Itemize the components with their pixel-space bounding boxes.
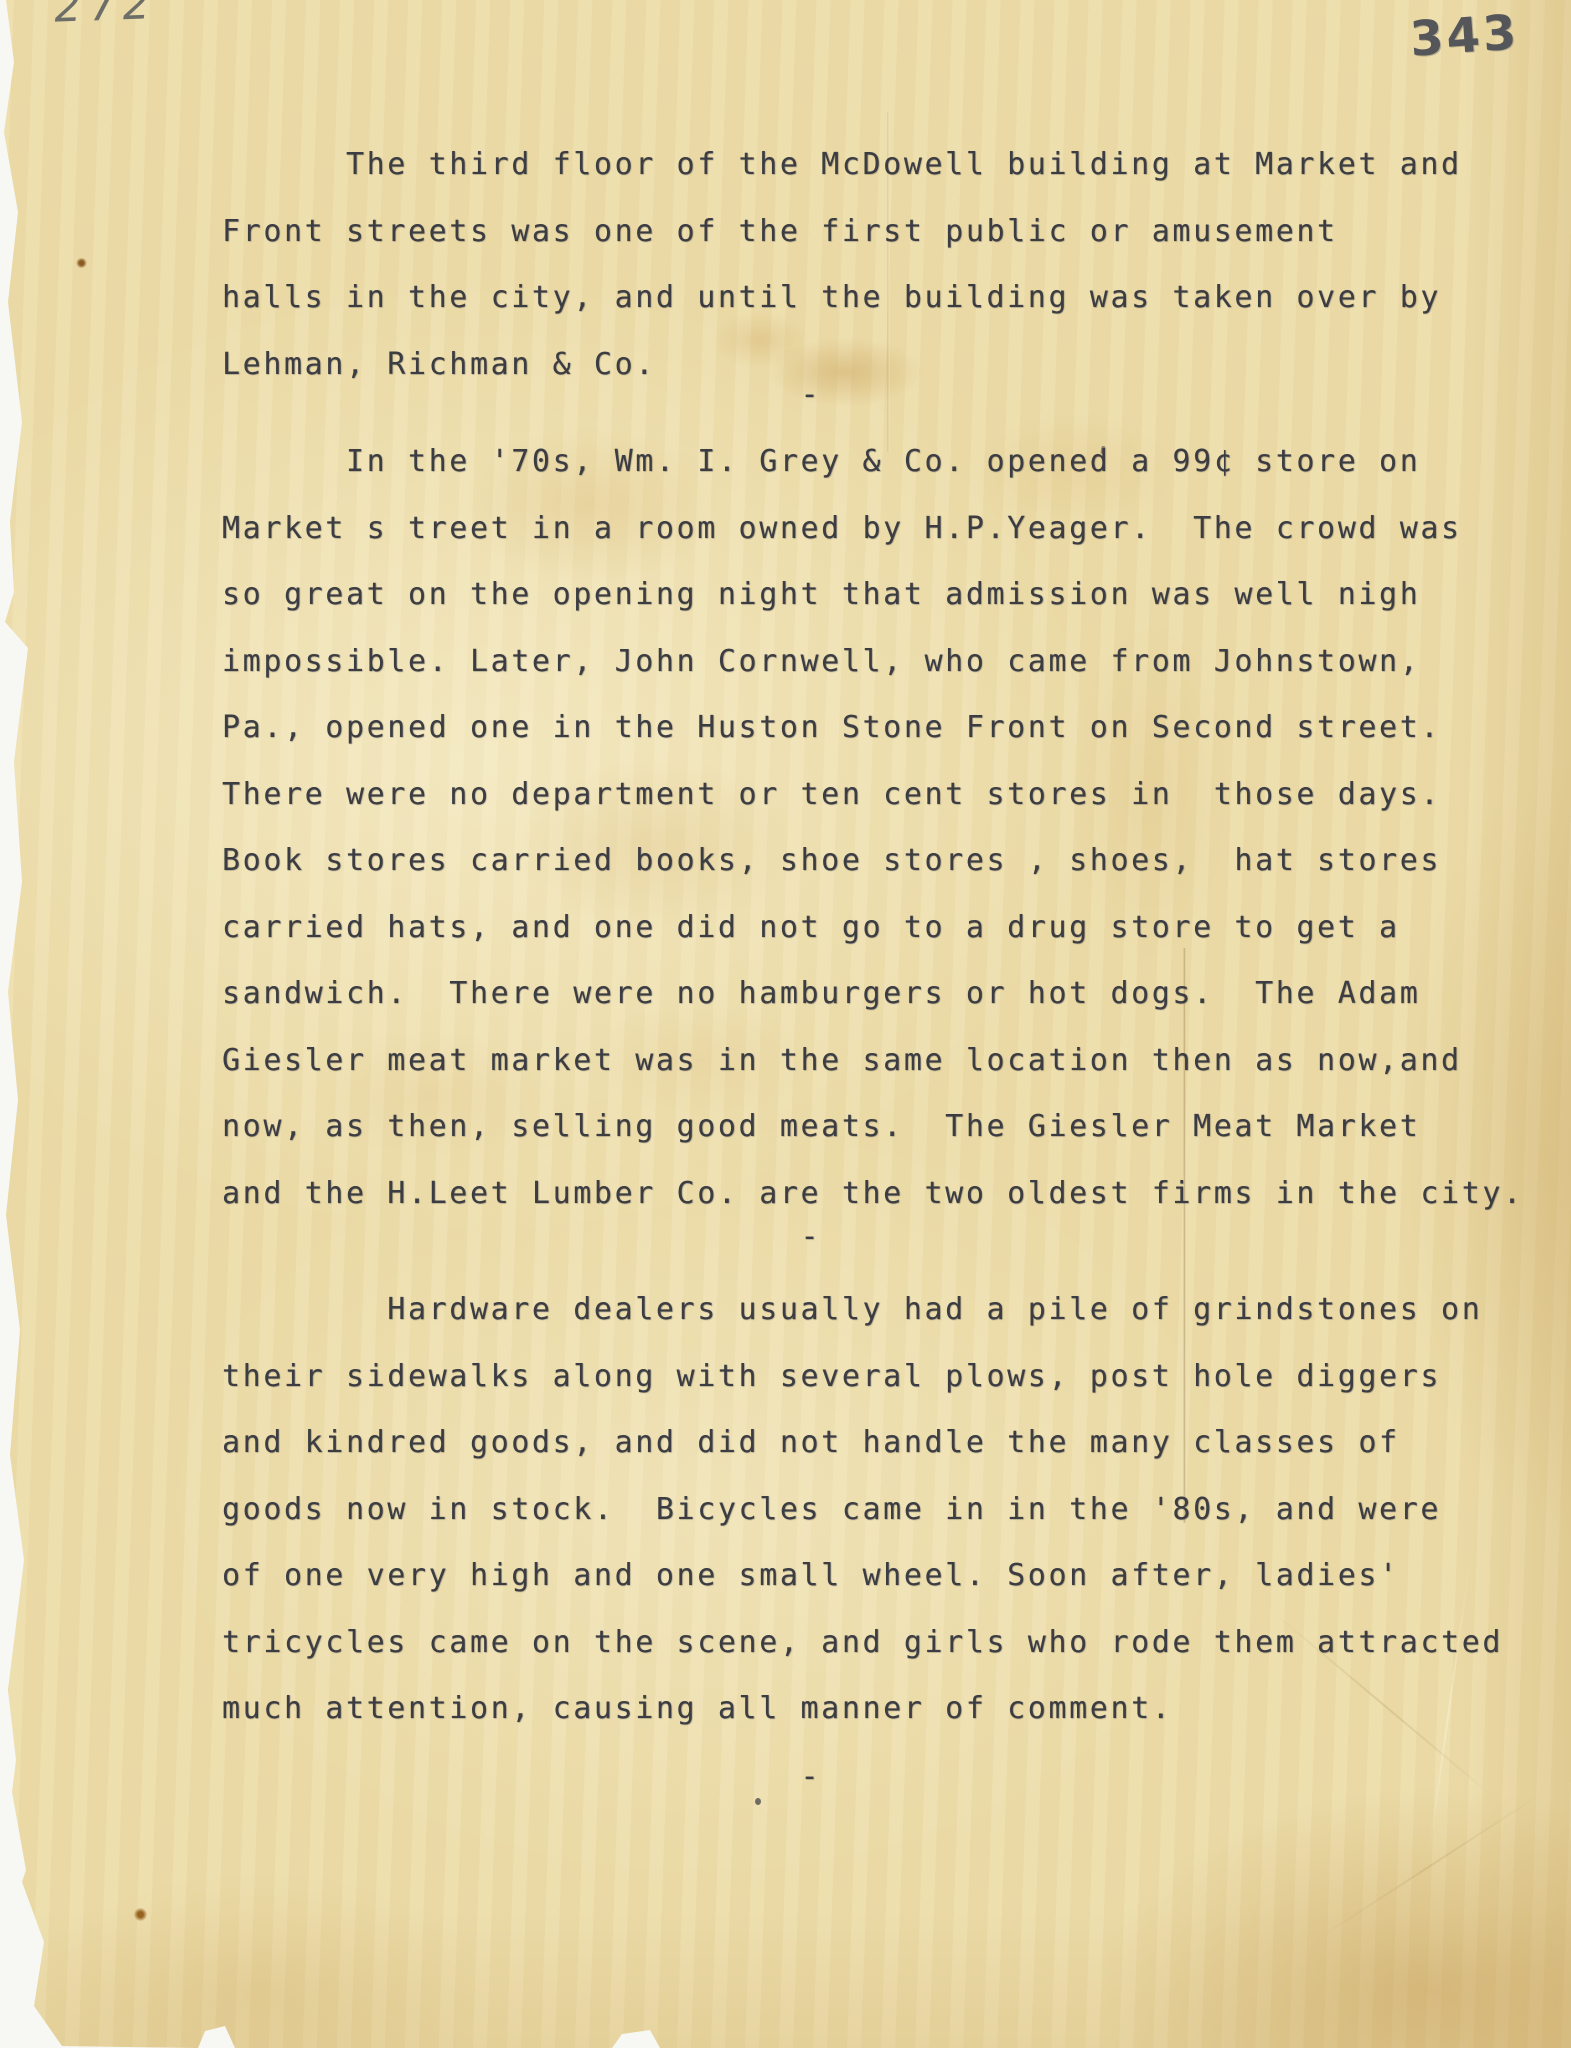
typed-line: and kindred goods, and did not handle th…: [222, 1410, 1503, 1477]
typed-line: Giesler meat market was in the same loca…: [222, 1028, 1524, 1095]
paragraph-separator: -: [222, 1213, 821, 1261]
typed-text: The third floor of the McDowell building…: [0, 0, 1571, 2048]
typed-line: goods now in stock. Bicycles came in in …: [222, 1477, 1503, 1544]
typed-line: of one very high and one small wheel. So…: [222, 1543, 1503, 1610]
typed-line: impossible. Later, John Cornwell, who ca…: [222, 629, 1524, 696]
typed-line: -: [222, 1213, 821, 1261]
typed-line: sandwich. There were no hamburgers or ho…: [222, 961, 1524, 1028]
paragraph: The third floor of the McDowell building…: [222, 132, 1462, 398]
typed-line: Front streets was one of the first publi…: [222, 199, 1462, 266]
typed-line: There were no department or ten cent sto…: [222, 762, 1524, 829]
typed-line: their sidewalks along with several plows…: [222, 1344, 1503, 1411]
typed-line: The third floor of the McDowell building…: [222, 132, 1462, 199]
typed-line: In the '70s, Wm. I. Grey & Co. opened a …: [222, 429, 1524, 496]
typed-line: -: [222, 371, 821, 419]
paragraph-separator: -: [222, 371, 821, 419]
scanned-page: 272 343 The third floor of the McDowell …: [0, 0, 1571, 2048]
paragraph-separator: -: [222, 1753, 821, 1801]
typed-line: carried hats, and one did not go to a dr…: [222, 895, 1524, 962]
typed-line: Book stores carried books, shoe stores ,…: [222, 828, 1524, 895]
typed-line: now, as then, selling good meats. The Gi…: [222, 1094, 1524, 1161]
typed-line: so great on the opening night that admis…: [222, 562, 1524, 629]
typed-line: Hardware dealers usually had a pile of g…: [222, 1277, 1503, 1344]
typed-line: tricycles came on the scene, and girls w…: [222, 1610, 1503, 1677]
paragraph: Hardware dealers usually had a pile of g…: [222, 1277, 1503, 1743]
paragraph: In the '70s, Wm. I. Grey & Co. opened a …: [222, 429, 1524, 1227]
typed-line: -: [222, 1753, 821, 1801]
typed-line: much attention, causing all manner of co…: [222, 1676, 1503, 1743]
typed-line: Pa., opened one in the Huston Stone Fron…: [222, 695, 1524, 762]
typed-line: halls in the city, and until the buildin…: [222, 265, 1462, 332]
typed-line: Market s treet in a room owned by H.P.Ye…: [222, 496, 1524, 563]
